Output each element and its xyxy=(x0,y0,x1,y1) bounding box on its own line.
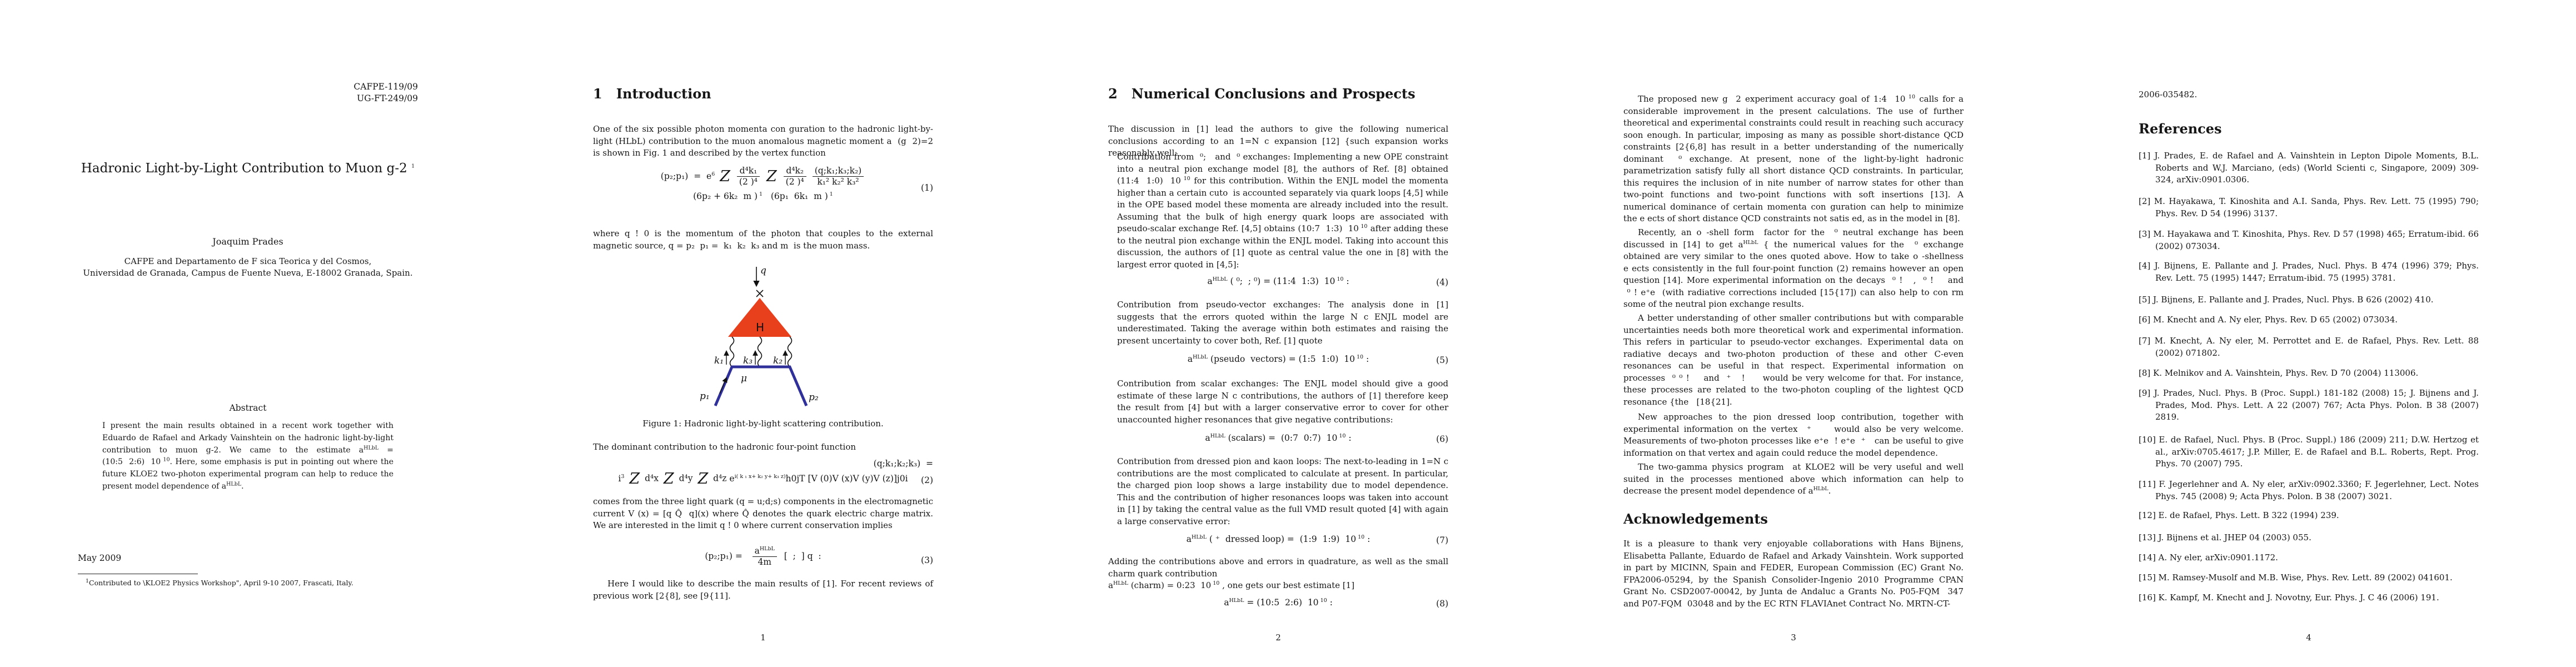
equation-1-row-2: (6p₂ + 6k₂ m ) 1 (6p₁ 6k₁ m ) 1 xyxy=(593,190,933,203)
acknowledgements-continuation: 2006-035482. xyxy=(2139,89,2479,101)
eq6-body: aHLbL (scalars) = (0:7 0:7) 10 10 : xyxy=(1205,433,1351,443)
reference-item-10: [10] E. de Rafael, Nucl. Phys. B (Proc. … xyxy=(2139,434,2479,470)
page-1-title: CAFPE-119/09 UG-FT-249/09 Hadronic Light… xyxy=(0,0,515,667)
equation-1: (p₂;p₁) = e6 Z d⁴k₁(2 )⁴ Z d⁴k₂(2 )⁴ (q;… xyxy=(593,166,933,210)
label-k2: k₂ xyxy=(773,355,783,366)
prospects-paragraph-1: The proposed new g 2 experiment accuracy… xyxy=(1623,93,1964,225)
eq1-lhs: (p₂;p₁) = e6 xyxy=(661,171,715,181)
reference-item-5: [5] J. Bijnens, E. Pallante and J. Prade… xyxy=(2139,294,2479,306)
page-3-conclusions: 2 Numerical Conclusions and Prospects Th… xyxy=(1030,0,1546,667)
affiliation-line-2: Universidad de Granada, Campus de Fuente… xyxy=(78,267,418,279)
equation-4: aHLbL ( ⁰; ; ⁰) = (11:4 1:3) 10 10 : (4) xyxy=(1108,275,1448,289)
eq4-body: aHLbL ( ⁰; ; ⁰) = (11:4 1:3) 10 10 : xyxy=(1207,276,1349,286)
label-hadronic-blob: H xyxy=(756,321,764,334)
footnote: 1Contributed to \KLOE2 Physics Workshop"… xyxy=(78,578,418,588)
photon-source-cross-icon xyxy=(756,290,763,297)
equation-3-number: (3) xyxy=(921,554,933,567)
section-heading-introduction: 1 Introduction xyxy=(593,86,933,102)
equation-2-row-2: i3 Z d⁴x Z d⁴y Z d⁴z ei( k ₁ x+ k₂ y+ k₃… xyxy=(593,471,933,486)
eq5-body: aHLbL (pseudo vectors) = (1:5 1:0) 10 10… xyxy=(1188,354,1369,364)
equation-6-number: (6) xyxy=(1436,432,1448,446)
prospects-paragraph-4: New approaches to the pion dressed loop … xyxy=(1623,411,1964,459)
eq3-lhs: (p₂;p₁) = xyxy=(705,551,748,561)
integral-icon: Z xyxy=(766,168,777,185)
reference-item-9: [9] J. Prades, Nucl. Phys. B (Proc. Supp… xyxy=(2139,387,2479,424)
eq3-fraction: aHLbL4m xyxy=(753,546,777,568)
report-number-2: UG-FT-249/09 xyxy=(78,93,418,104)
acknowledgements-text: It is a pleasure to thank very enjoyable… xyxy=(1623,538,1964,610)
prospects-paragraph-2: Recently, an o -shell form factor for th… xyxy=(1623,227,1964,311)
reference-item-6: [6] M. Knecht and A. Ny eler, Phys. Rev.… xyxy=(2139,314,2479,326)
integral-icon: Z xyxy=(664,470,674,487)
report-number-1: CAFPE-119/09 xyxy=(78,81,418,93)
abstract-heading: Abstract xyxy=(78,402,418,415)
equation-1-number: (1) xyxy=(921,181,933,195)
photon-line-k3-icon xyxy=(758,337,762,367)
label-p2: p₂ xyxy=(809,392,819,403)
reference-item-7: [7] M. Knecht, A. Ny eler, M. Perrottet … xyxy=(2139,335,2479,359)
dominant-paragraph: The dominant contribution to the hadroni… xyxy=(593,441,933,454)
section-heading-references: References xyxy=(2139,121,2479,137)
current-paragraph: comes from the three light quark (q = u;… xyxy=(593,496,933,532)
page-2-introduction: 1 Introduction One of the six possible p… xyxy=(515,0,1030,667)
integral-icon: Z xyxy=(629,470,640,487)
best-estimate-paragraph: Adding the contributions above and error… xyxy=(1108,556,1448,592)
section-heading-conclusions: 2 Numerical Conclusions and Prospects xyxy=(1108,86,1448,102)
prospects-paragraph-3: A better understanding of other smaller … xyxy=(1623,312,1964,408)
integral-icon: Z xyxy=(720,168,730,185)
reference-item-3: [3] M. Hayakawa and T. Kinoshita, Phys. … xyxy=(2139,228,2479,252)
prospects-paragraph-5: The two-gamma physics program at KLOE2 w… xyxy=(1623,461,1964,497)
item-pseudo-vector-exchanges: Contribution from pseudo-vector exchange… xyxy=(1108,299,1448,347)
equation-2-row-1: (q;k₁;k₂;k₃) = xyxy=(593,457,933,470)
reference-item-12: [12] E. de Rafael, Phys. Lett. B 322 (19… xyxy=(2139,510,2479,522)
equation-1-row-1: (p₂;p₁) = e6 Z d⁴k₁(2 )⁴ Z d⁴k₂(2 )⁴ (q;… xyxy=(593,166,933,187)
paper-title: Hadronic Light-by-Light Contribution to … xyxy=(78,160,418,177)
label-k3: k₃ xyxy=(743,355,753,366)
page-5-references: 2006-035482. References [1] J. Prades, E… xyxy=(2061,0,2576,667)
reference-item-1: [1] J. Prades, E. de Rafael and A. Vains… xyxy=(2139,150,2479,186)
equation-8: aHLbL = (10:5 2:6) 10 10 : (8) xyxy=(1108,596,1448,610)
report-numbers: CAFPE-119/09 UG-FT-249/09 xyxy=(78,81,418,104)
item-scalar-exchanges: Contribution from scalar exchanges: The … xyxy=(1108,378,1448,426)
eq1-fraction-2: d⁴k₂(2 )⁴ xyxy=(784,166,806,187)
eq1-fraction-3: (q;k₁;k₃;k₂)k₁² k₂² k₃² xyxy=(813,166,864,187)
reference-item-8: [8] K. Melnikov and A. Vainshtein, Phys.… xyxy=(2139,367,2479,380)
photon-line-k1-icon xyxy=(730,337,734,367)
author-name: Joaquim Prades xyxy=(78,236,418,248)
page-number-4: 4 xyxy=(2139,633,2479,643)
reference-item-14: [14] A. Ny eler, arXiv:0901.1172. xyxy=(2139,552,2479,564)
label-k1: k₁ xyxy=(714,355,724,366)
page-number-1: 1 xyxy=(593,633,933,643)
paper-canvas: arXiv:0905.3164v2 [hep-ph] 2 Jul 2009 CA… xyxy=(0,0,2576,667)
photon-line-k2-icon xyxy=(788,337,792,367)
eq2-correlator: ei( k ₁ x+ k₂ y+ k₃ z)h0jT [V (0)V (x)V … xyxy=(729,474,908,484)
equation-8-number: (8) xyxy=(1436,597,1448,610)
p1-momentum-arrow-icon xyxy=(720,378,726,394)
affiliation-line-1: CAFPE and Departamento de F sica Teorica… xyxy=(78,256,418,267)
affiliation: CAFPE and Departamento de F sica Teorica… xyxy=(78,256,418,279)
eq7-body: aHLbL ( ⁺ dressed loop) = (1:9 1:9) 10 1… xyxy=(1187,534,1371,544)
eq2-d4y: d⁴y xyxy=(679,474,693,484)
reference-item-2: [2] M. Hayakawa, T. Kinoshita and A.I. S… xyxy=(2139,196,2479,220)
item-pion-eta-exchanges: Contribution from ⁰; and ⁰ exchanges: Im… xyxy=(1108,151,1448,271)
label-mu: μ xyxy=(741,373,747,384)
eq2-prefactor: i3 xyxy=(618,474,624,484)
equation-6: aHLbL (scalars) = (0:7 0:7) 10 10 : (6) xyxy=(1108,431,1448,446)
equation-5: aHLbL (pseudo vectors) = (1:5 1:0) 10 10… xyxy=(1108,352,1448,367)
section-heading-acknowledgements: Acknowledgements xyxy=(1623,511,1964,527)
reference-item-13: [13] J. Bijnens et al. JHEP 04 (2003) 05… xyxy=(2139,532,2479,544)
page-number-2: 2 xyxy=(1108,633,1448,643)
intro-paragraph: One of the six possible photon momenta c… xyxy=(593,123,933,160)
footnote-rule xyxy=(78,574,198,574)
eq8-body: aHLbL = (10:5 2:6) 10 10 : xyxy=(1224,598,1333,608)
equation-7: aHLbL ( ⁺ dressed loop) = (1:9 1:9) 10 1… xyxy=(1108,532,1448,547)
page-number-3: 3 xyxy=(1623,633,1964,643)
eq2-d4z: d⁴z xyxy=(713,474,726,484)
eq1-fraction-1: d⁴k₁(2 )⁴ xyxy=(737,166,760,187)
equation-2-number: (2) xyxy=(921,474,933,487)
eq3-rhs: [ ; ] q : xyxy=(781,551,821,561)
reference-item-11: [11] F. Jegerlehner and A. Ny eler, arXi… xyxy=(2139,479,2479,502)
figure-1-diagram: q H k₁ k₃ k₂ μ p₁ p₂ xyxy=(699,262,821,412)
date: May 2009 xyxy=(78,552,418,565)
eq2-d4x: d⁴x xyxy=(645,474,659,484)
equation-3: (p₂;p₁) = aHLbL4m [ ; ] q : (3) xyxy=(593,546,933,573)
equation-4-number: (4) xyxy=(1436,276,1448,289)
reference-item-16: [16] K. Kampf, M. Knecht and J. Novotny,… xyxy=(2139,592,2479,604)
equation-7-number: (7) xyxy=(1436,534,1448,547)
equation-2: (q;k₁;k₂;k₃) = i3 Z d⁴x Z d⁴y Z d⁴z ei( … xyxy=(593,457,933,488)
equation-5-number: (5) xyxy=(1436,354,1448,367)
reference-item-15: [15] M. Ramsey-Musolf and M.B. Wise, Phy… xyxy=(2139,572,2479,584)
closing-paragraph-page2: Here I would like to describe the main r… xyxy=(593,578,933,602)
integral-icon: Z xyxy=(697,470,708,487)
where-paragraph: where q ! 0 is the momentum of the photo… xyxy=(593,228,933,252)
figure-caption: Figure 1: Hadronic light-by-light scatte… xyxy=(593,418,933,430)
item-dressed-loops: Contribution from dressed pion and kaon … xyxy=(1108,456,1448,527)
page-4-prospects: The proposed new g 2 experiment accuracy… xyxy=(1546,0,2061,667)
muon-line xyxy=(715,367,806,406)
label-p1: p₁ xyxy=(700,391,710,402)
abstract-text: I present the main results obtained in a… xyxy=(102,420,393,493)
reference-item-4: [4] J. Bijnens, E. Pallante and J. Prade… xyxy=(2139,260,2479,284)
label-q: q xyxy=(760,265,766,276)
